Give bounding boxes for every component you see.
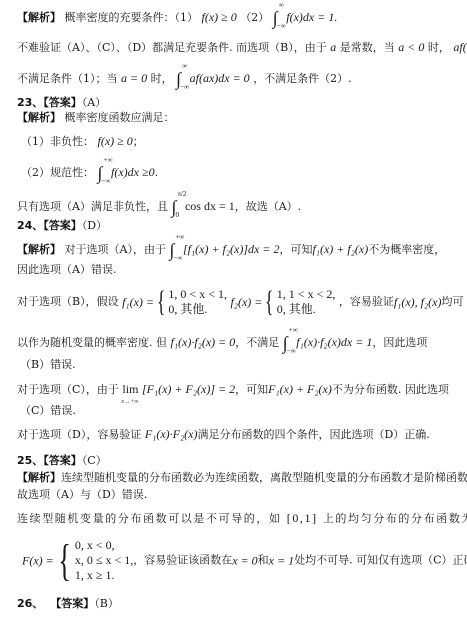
text: ，容易验证 [339,295,394,308]
text: 只有选项（A）满足非负性，且 [17,200,168,213]
text: 不为分布函数. 因此选项 [332,383,449,396]
integral-sign: ∫+∞−∞ [98,166,108,180]
piecewise-cases: 0, x < 0,x, 0 ≤ x < 1,1, x ≥ 1. [75,538,133,583]
answer-label: 【答案】 [43,219,82,232]
piecewise-cases: 1, 1 < x < 2,0, 其他. [277,287,336,317]
answer-label: 【答案】 [43,96,82,109]
q23-header: 23、【答案】（A） [17,96,106,110]
q22-line3: 不满足条件（1）；当 a = 0 时， ∫∞−∞ af(ax)dx = 0 ，不… [17,71,352,86]
answer-label: 【答案】 [50,597,94,610]
math-expr: f(x)dx = 1. [286,10,337,24]
text: 连续型随机变量的分布函数必为连续函数，离散型随机变量的分布函数才是阶梯函数， [61,471,467,484]
q23-analysis: 【解析】 概率密度函数应满足： [17,111,175,125]
text: （B）错误. [20,358,76,371]
text: 概率密度函数应满足： [65,111,175,124]
math-expr: f₁(x)·f₂(x) = 0 [171,335,236,349]
text: 因此选项（A）错误. [17,263,116,276]
q23-item1: （1）非负性： f(x) ≥ 0； [21,134,144,149]
answer-value: （B） [94,597,119,610]
math-expr: [F₁(x) + F₂(x)] = 2 [142,382,235,396]
left-brace: { [265,287,274,317]
case: 0, x < 0, [75,538,115,552]
text: （2） [240,11,269,24]
piecewise-cases: 1, 0 < x < 1,0, 其他. [168,287,227,317]
math-expr: [0,1] [287,511,318,525]
math-expr: [f₁(x) + f₂(x)]dx = 2 [183,242,280,256]
case: 0, 其他. [277,302,316,316]
q25-analysis-line1: 【解析】连续型随机变量的分布函数必为连续函数，离散型随机变量的分布函数才是阶梯函… [17,471,467,485]
text: 故选项（A）与（D）错误. [17,488,147,501]
text: 概率密度的充要条件：（1） [65,11,199,24]
case: 1, 0 < x < 1, [168,287,227,301]
q24-a-line1: 【解析】 对于选项（A），由于 ∫+∞−∞ [f₁(x) + f₂(x)]dx … [17,242,445,257]
math-expr: f₂(x) = [230,295,262,309]
math-expr: F₁(x)·F₂(x) [145,427,198,441]
case: 0, 其他. [168,302,207,316]
analysis-label: 【解析】 [17,111,61,124]
q24-c-line1: 对于选项（C），由于 limx→+∞ [F₁(x) + F₂(x)] = 2，可… [17,382,449,397]
text: ； [133,135,144,148]
math-expr: a < 0 [398,40,424,54]
text: . [155,166,159,179]
answer-value: （C） [82,454,107,467]
text: 时， [428,41,450,54]
integral-sign: ∫π/20 [171,200,181,214]
text: 对于选项（D），容易验证 [17,428,141,441]
math-expr: a = 0 [121,71,147,85]
q25-fx: F(x) ={0, x < 0,x, 0 ≤ x < 1,1, x ≥ 1.，容… [22,538,467,583]
q26-header: 26、 【答案】（B） [17,597,119,611]
integral-sign: ∫∞−∞ [273,11,283,25]
analysis-label: 【解析】 [17,471,61,484]
math-expr: F(x) = [22,554,54,568]
q23-item2: （2）规范性： ∫+∞−∞ f(x)dx ≥0. [21,165,158,180]
text: 时， [151,72,173,85]
text: ，不满足 [235,336,279,349]
integral-sign: ∫+∞−∞ [283,336,293,350]
text: 以作为随机变量的概率密度. 但 [17,336,167,349]
math-expr: f₁(x) + f₂(x) [312,242,368,256]
text: 不难验证（A）、（C）、（D）都满足充要条件. 而选项（B），由于 [17,41,327,54]
math-expr: f₁(x) = [122,295,154,309]
q24-b-line1: 对于选项（B），假设 f₁(x) ={1, 0 < x < 1,0, 其他. f… [17,287,464,317]
text: 是常数，当 [340,41,395,54]
case: 1, 1 < x < 2, [277,287,336,301]
q24-b-line3: （B）错误. [20,358,76,372]
q24-header: 24、【答案】（D） [17,219,107,233]
q22-line2: 不难验证（A）、（C）、（D）都满足充要条件. 而选项（B），由于 a 是常数，… [17,40,467,55]
q24-a-line2: 因此选项（A）错误. [17,263,116,277]
text: 和 [258,554,269,567]
question-number: 24、 [17,219,43,232]
text: 不满足条件（1）；当 [17,72,118,85]
text: （1）非负性： [21,135,94,148]
integral-sign: ∫∞−∞ [176,72,186,86]
text: 不为概率密度， [368,243,445,256]
math-expr: x = 0 [232,554,257,568]
q23-conclusion: 只有选项（A）满足非负性，且 ∫π/20 cos dx = 1，故选（A）. [17,199,301,214]
text: 对于选项（A），由于 [65,243,166,256]
math-expr: af(ax) [453,40,467,54]
text: 满足分布函数的四个条件，因此选项（D）正确. [197,428,429,441]
text: （C）错误. [20,404,76,417]
math-expr: f(x)dx ≥0 [111,165,155,179]
text: 处均不可导. 可知仅有选项（C）正确. [294,554,467,567]
text: ，可知 [235,383,268,396]
q25-analysis-line2: 故选项（A）与（D）错误. [17,488,147,502]
analysis-label: 【解析】 [17,243,61,256]
q24-c-line2: （C）错误. [20,404,76,418]
question-number: 26、 [17,597,43,610]
answer-value: （A） [82,96,106,109]
q24-d-line: 对于选项（D），容易验证 F₁(x)·F₂(x)满足分布函数的四个条件，因此选项… [17,427,430,442]
left-brace: { [157,287,166,317]
text: ，容易验证该函数在 [133,554,232,567]
text: 连续型随机变量的分布函数可以是不可导的，如 [17,512,282,525]
math-expr: cos dx = 1 [185,199,235,213]
text: 对于选项（B），假设 [17,295,119,308]
math-expr: af(ax)dx = 0 [190,71,250,85]
answer-value: （D） [82,219,107,232]
left-brace: { [58,539,71,583]
math-var: a [330,40,336,54]
analysis-label: 【解析】 [17,11,61,24]
text: ，可知 [279,243,312,256]
question-number: 25、 [17,454,43,467]
q25-header: 25、【答案】（C） [17,454,107,468]
text: 对于选项（C），由于 [17,383,119,396]
question-number: 23、 [17,96,43,109]
limit-operator: limx→+∞ [122,382,138,396]
math-expr: f₁(x), f₂(x) [394,295,442,309]
text: 均可 [442,295,464,308]
math-expr: f₁(x)·f₂(x)dx = 1 [296,335,372,349]
math-expr: f(x) ≥ 0 [98,134,133,148]
answer-label: 【答案】 [43,454,82,467]
q22-line1: 【解析】 概率密度的充要条件：（1） f(x) ≥ 0 （2） ∫∞−∞ f(x… [17,10,337,25]
text: （2）规范性： [21,166,94,179]
case: x, 0 ≤ x < 1, [75,553,133,567]
math-expr: F₁(x) + F₂(x) [268,382,332,396]
integral-sign: ∫+∞−∞ [169,243,179,257]
text: ，不满足条件（2）. [253,72,352,85]
math-expr: f(x) ≥ 0 [202,10,237,24]
q25-line3: 连续型随机变量的分布函数可以是不可导的，如 [0,1] 上的均匀分布的分布函数为 [17,511,467,526]
case: 1, x ≥ 1. [75,568,115,582]
math-expr: x = 1 [269,554,294,568]
text: 上的均匀分布的分布函数为 [323,512,467,525]
text: ，故选（A）. [235,200,301,213]
q24-b-line2: 以作为随机变量的概率密度. 但 f₁(x)·f₂(x) = 0，不满足 ∫+∞−… [17,335,427,350]
text: ，因此选项 [372,336,427,349]
